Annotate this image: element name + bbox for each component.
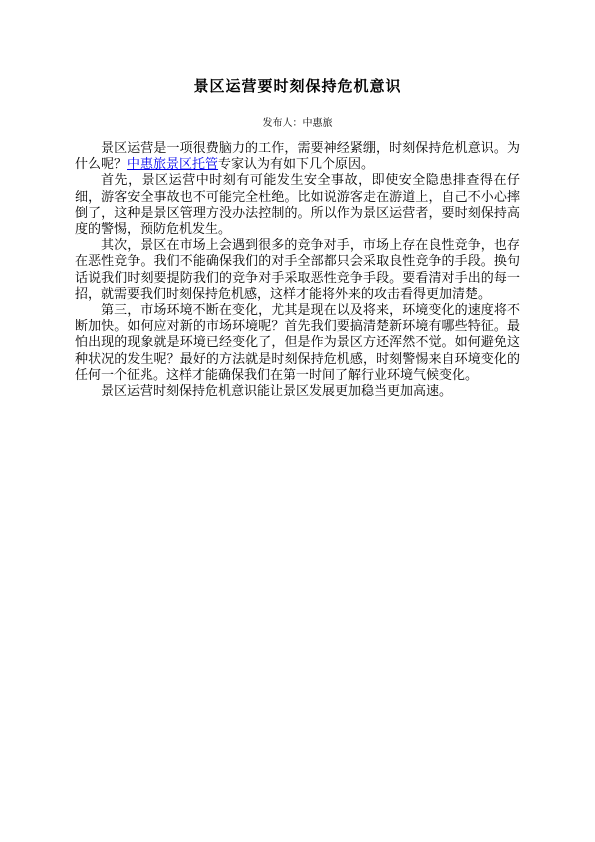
body-paragraph: 首先，景区运营中时刻有可能发生安全事故，即使安全隐患排查得在仔细，游客安全事故也… [75,172,520,237]
paragraph-text: 首先，景区运营中时刻有可能发生安全事故，即使安全隐患排查得在仔细，游客安全事故也… [75,172,520,236]
publisher-byline: 发布人：中惠旅 [75,118,520,130]
paragraph-text: 景区运营时刻保持危机意识能让景区发展更加稳当更加高速。 [101,383,452,398]
paragraph-text: 第三，市场环境不断在变化，尤其是现在以及将来，环境变化的速度将不断加快。如何应对… [75,302,520,382]
body-paragraph: 景区运营是一项很费脑力的工作，需要神经紧绷，时刻保持危机意识。为什么呢？中惠旅景… [75,140,520,172]
paragraph-text: 专家认为有如下几个原因。 [218,156,374,171]
document-title: 景区运营要时刻保持危机意识 [75,78,520,97]
body-paragraph: 其次，景区在市场上会遇到很多的竞争对手，市场上存在良性竞争，也存在恶性竞争。我们… [75,237,520,302]
body-paragraph: 景区运营时刻保持危机意识能让景区发展更加稳当更加高速。 [75,383,520,399]
document-page: 景区运营要时刻保持危机意识 发布人：中惠旅 景区运营是一项很费脑力的工作，需要神… [0,0,595,842]
scenic-area-trusteeship-link[interactable]: 中惠旅景区托管 [127,156,218,171]
body-paragraph: 第三，市场环境不断在变化，尤其是现在以及将来，环境变化的速度将不断加快。如何应对… [75,302,520,383]
paragraph-text: 其次，景区在市场上会遇到很多的竞争对手，市场上存在良性竞争，也存在恶性竞争。我们… [75,237,520,301]
article-body: 景区运营是一项很费脑力的工作，需要神经紧绷，时刻保持危机意识。为什么呢？中惠旅景… [75,140,520,399]
